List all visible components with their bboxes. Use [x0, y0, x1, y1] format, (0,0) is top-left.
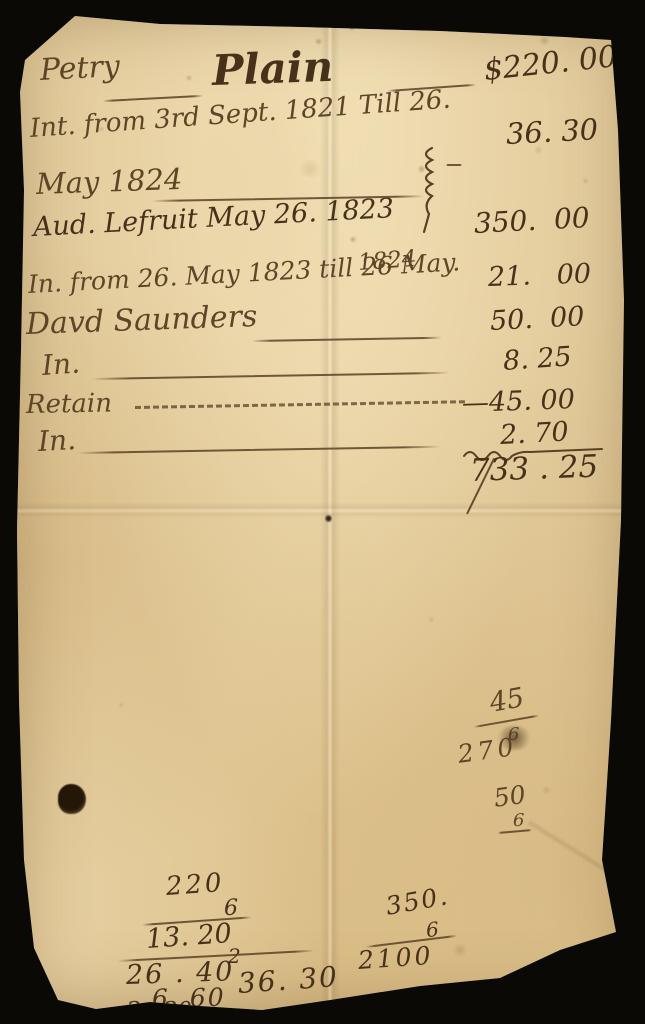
total-amount: 733 . 25	[469, 452, 598, 487]
calc-mid-270: 270	[456, 734, 519, 767]
calc-bl-220: 220	[165, 870, 225, 900]
row2-label: Int. from 3rd Sept. 1821 Till 26.	[29, 87, 451, 142]
row1-amount: $220. 00	[482, 42, 618, 86]
row1-dash	[103, 95, 203, 102]
diagonal-crease	[527, 819, 633, 889]
row9-amount: 2. 70	[499, 418, 569, 449]
stain	[582, 178, 589, 184]
stain	[349, 26, 355, 31]
calc-br-350: 350.	[384, 883, 451, 919]
calc-mid-6b: 6	[513, 812, 524, 830]
row5-amount: 21. 00	[488, 260, 592, 291]
row2-amount: 36. 30	[505, 115, 599, 149]
row7-rule	[92, 372, 450, 380]
calc-br-2100: 2100	[357, 943, 434, 973]
stain	[185, 75, 193, 81]
row1-title: Plain	[211, 46, 334, 92]
paper-sheet: Petry Plain $220. 00 Int. from 3rd Sept.…	[0, 0, 645, 1024]
row6-amount: 50. 00	[489, 303, 585, 335]
stain	[297, 160, 323, 178]
calc-bl-330: 3 30	[126, 1000, 192, 1023]
calc-bl-1320: 13. 20	[145, 920, 233, 953]
row6-rule	[252, 337, 442, 342]
scanned-document: Petry Plain $220. 00 Int. from 3rd Sept.…	[0, 0, 645, 1024]
stain	[538, 36, 551, 45]
brace-dash	[446, 164, 462, 166]
row7-amount: 8. 25	[502, 343, 572, 375]
stain	[349, 236, 357, 243]
row6-label: Davd Saunders	[25, 302, 257, 340]
calc-mid-50: 50	[492, 782, 527, 811]
calc-mid-rule2	[498, 829, 532, 834]
row5-label: In. from 26. May 1823 till 26 May.	[27, 249, 460, 297]
row9-rule	[78, 446, 440, 454]
row4-label: Aud. Lefruit May 26. 1823	[32, 195, 394, 241]
ink-blot	[58, 784, 86, 814]
row1-name: Petry	[39, 52, 120, 86]
row3-label: May 1824	[35, 165, 182, 199]
horizontal-fold-crease	[0, 502, 645, 518]
calc-mid-45: 45	[488, 684, 527, 717]
row8-amount: —45. 00	[462, 386, 576, 417]
row8-label: Retain	[26, 391, 112, 418]
row4-amount: 350. 00	[473, 204, 590, 238]
calc-bl-3630: 36. 30	[237, 963, 340, 998]
stain	[427, 616, 436, 623]
row7-label: In.	[41, 349, 81, 380]
pinhole-mark	[325, 514, 332, 523]
row8-leader-dashes	[135, 400, 465, 409]
stain	[117, 702, 125, 708]
stain	[541, 786, 552, 794]
row9-label: In.	[37, 426, 76, 456]
stain	[451, 944, 469, 956]
brace-squiggle	[418, 146, 440, 234]
